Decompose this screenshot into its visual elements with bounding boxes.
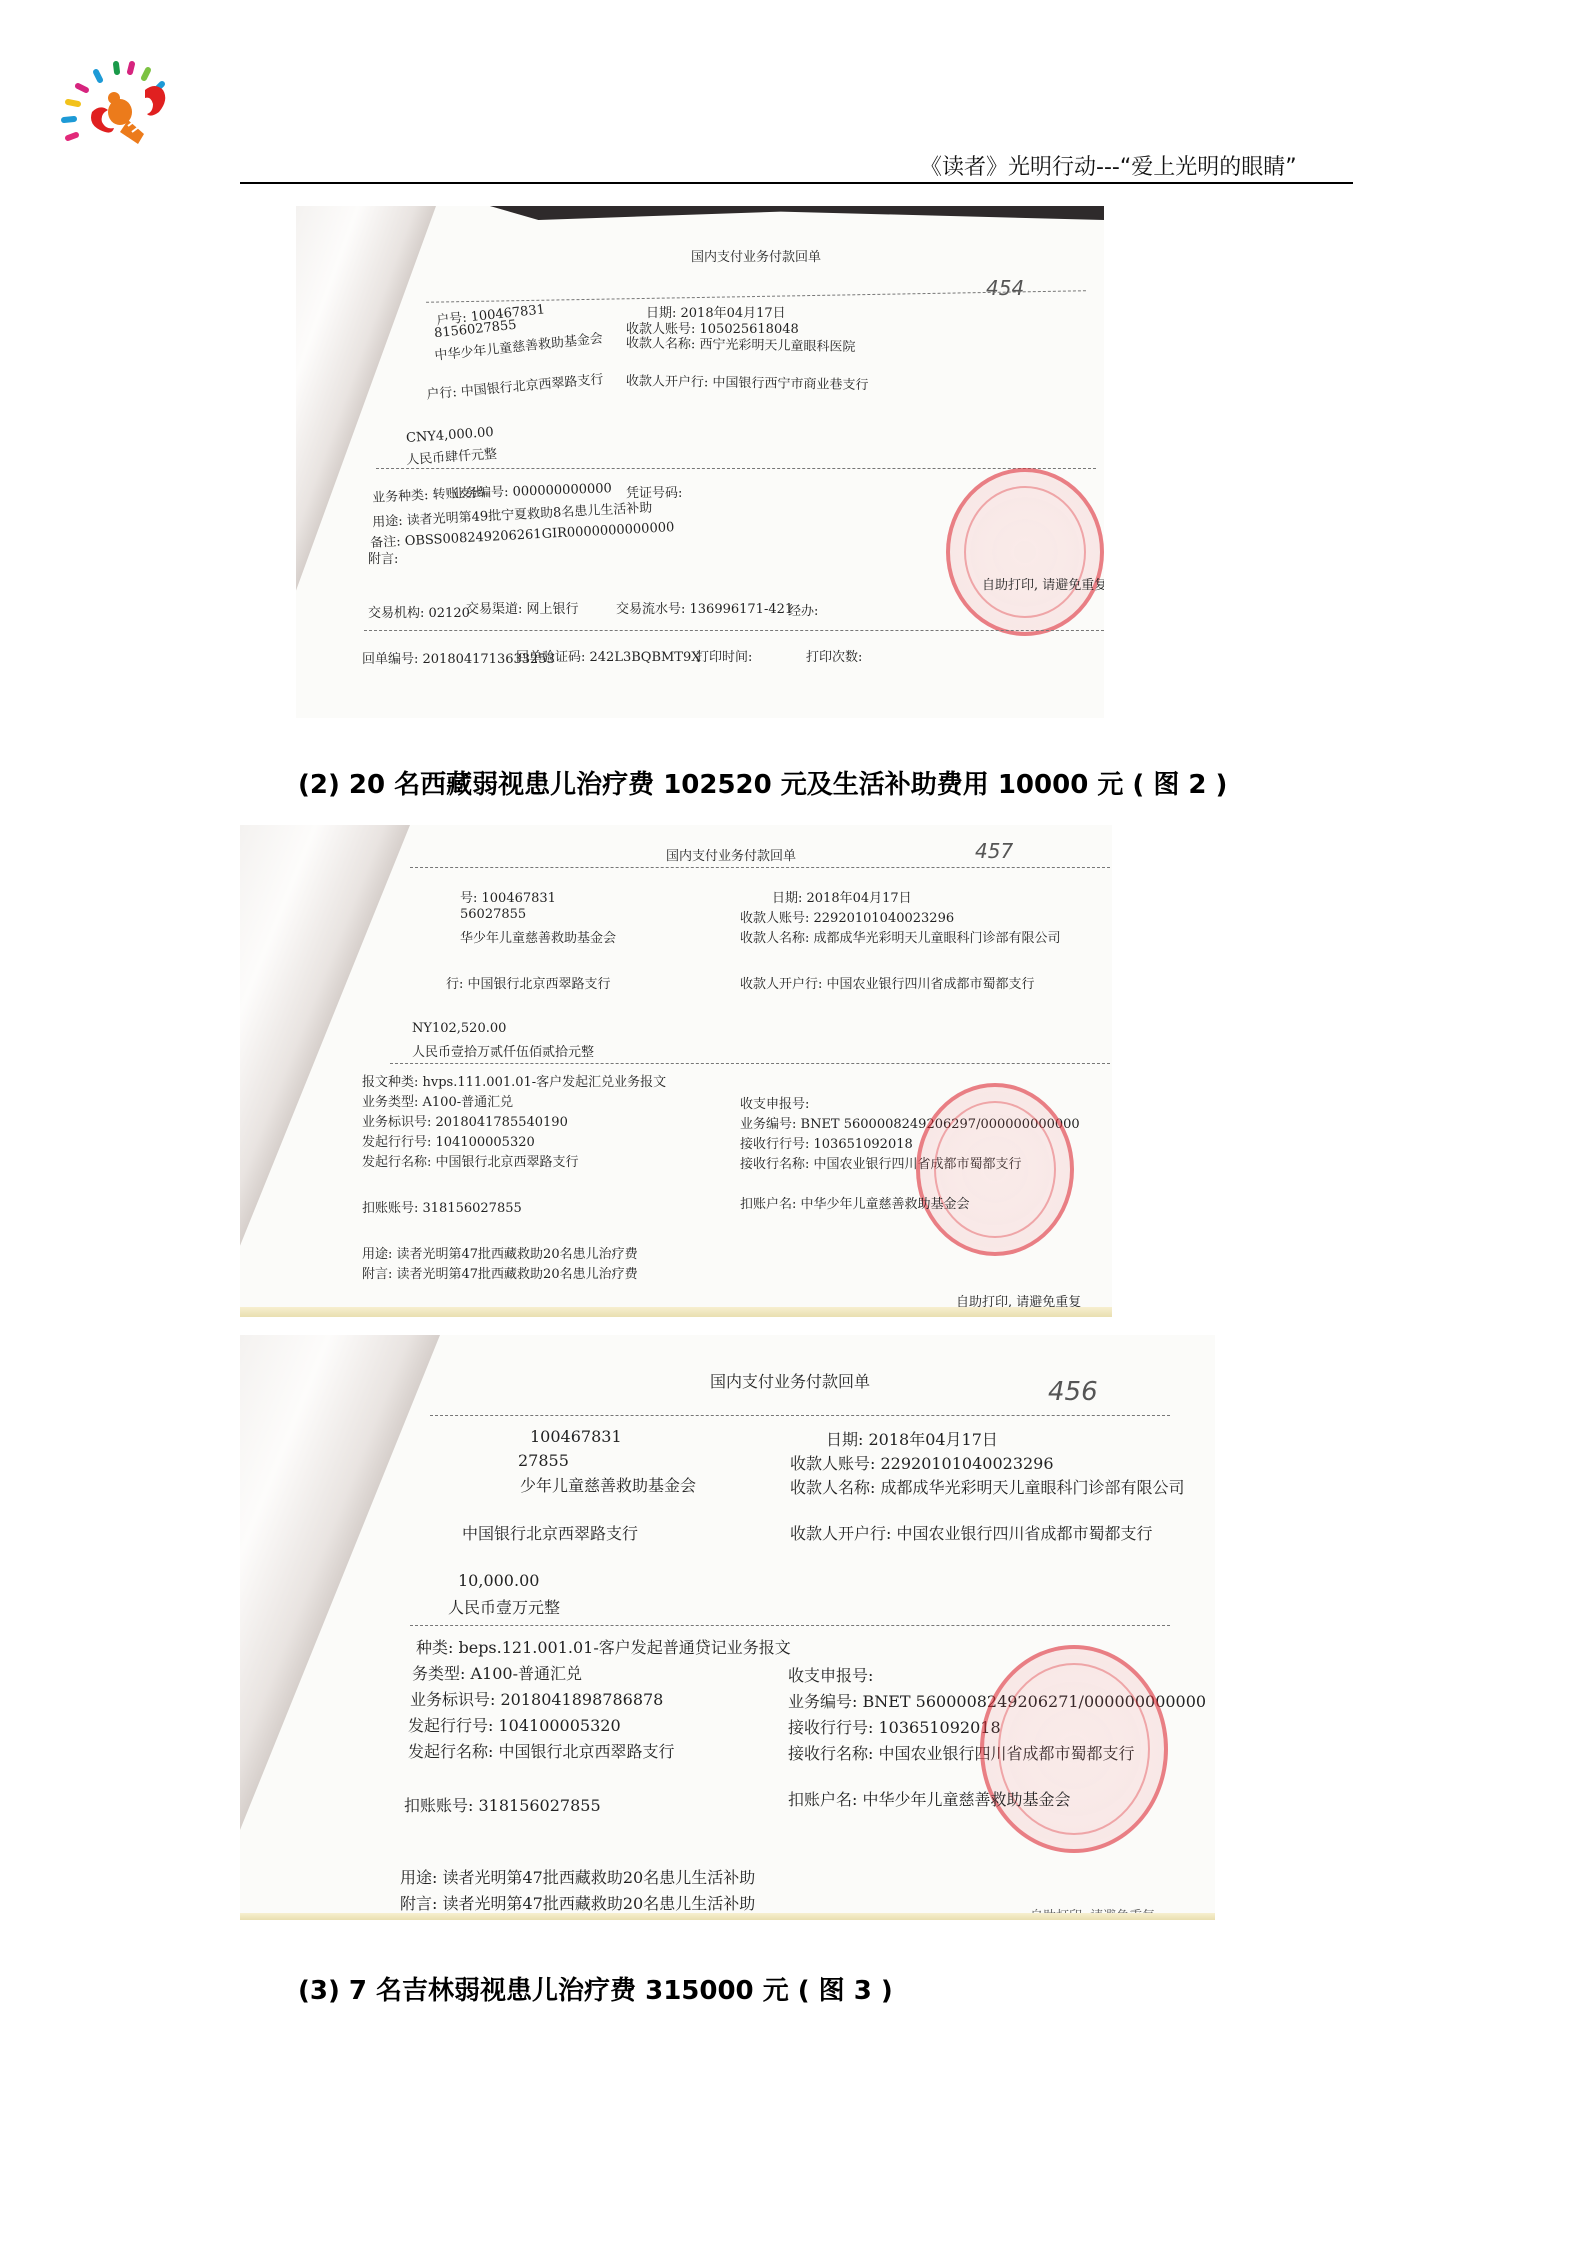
message-type: 报文种类: hvps.111.001.01-客户发起汇兑业务报文	[362, 1071, 666, 1090]
handler: 经办:	[788, 600, 818, 619]
verify-code: 回单验证码: 242L3BQBMT9X	[516, 646, 701, 665]
date: 日期: 2018年04月17日	[772, 887, 912, 906]
channel: 交易渠道: 网上银行	[466, 598, 579, 617]
bank-seal	[916, 1083, 1074, 1256]
payer-bank: 中国银行北京西翠路支行	[462, 1521, 638, 1544]
payer-name: 少年儿童慈善救助基金会	[520, 1473, 696, 1496]
debit-account: 扣账账号: 318156027855	[362, 1197, 522, 1216]
caption-item-2: (2) 20 名西藏弱视患儿治疗费 102520 元及生活补助费用 10000 …	[298, 764, 1227, 801]
business-id: 业务标识号: 2018041785540190	[362, 1111, 568, 1130]
origin-bank-name: 发起行名称: 中国银行北京西翠路支行	[408, 1739, 674, 1762]
payee-account: 收款人账号: 22920101040023296	[790, 1451, 1054, 1474]
payee-name: 收款人名称: 成都成华光彩明天儿童眼科门诊部有限公司	[740, 927, 1061, 946]
purpose: 用途: 读者光明第47批西藏救助20名患儿治疗费	[362, 1243, 638, 1262]
origin-bank-no: 发起行行号: 104100005320	[408, 1713, 621, 1736]
payee-name: 收款人名称: 西宁光彩明天儿童眼科医院	[626, 332, 856, 355]
amount-words: 人民币壹万元整	[448, 1595, 560, 1618]
amount-words: 人民币肆仟元整	[405, 443, 497, 468]
print-time: 打印时间:	[696, 646, 752, 665]
business-type: 业务类型: A100-普通汇兑	[362, 1091, 513, 1110]
serial-no: 交易流水号: 136996171-421	[616, 598, 793, 617]
payee-bank: 收款人开户行: 中国农业银行四川省成都市蜀都支行	[740, 973, 1035, 992]
amount: NY102,520.00	[412, 1021, 506, 1036]
amount: 10,000.00	[458, 1571, 539, 1590]
origin-bank-no: 发起行行号: 104100005320	[362, 1131, 535, 1150]
postscript: 附言: 读者光明第47批西藏救助20名患儿治疗费	[362, 1263, 638, 1282]
message-type: 种类: beps.121.001.01-客户发起普通贷记业务报文	[416, 1635, 791, 1658]
payer-account-no: 100467831	[530, 1427, 622, 1446]
purpose: 用途: 读者光明第47批西藏救助20名患儿生活补助	[400, 1865, 755, 1888]
print-count: 打印次数:	[806, 646, 862, 665]
amount-words: 人民币壹拾万贰仟伍佰贰拾元整	[412, 1041, 594, 1060]
receipt-photo-2: 国内支付业务付款回单 457 号: 100467831 56027855 华少年…	[240, 825, 1112, 1317]
payer-name: 华少年儿童慈善救助基金会	[460, 927, 616, 946]
business-id: 业务标识号: 2018041898786878	[410, 1687, 663, 1710]
debit-account: 扣账账号: 318156027855	[404, 1793, 601, 1816]
postscript: 附言:	[368, 548, 398, 567]
recv-bank-no: 接收行行号: 103651092018	[788, 1715, 1001, 1738]
origin-bank-name: 发起行名称: 中国银行北京西翠路支行	[362, 1151, 579, 1170]
bank-seal	[946, 468, 1104, 636]
caption-item-3: (3) 7 名吉林弱视患儿治疗费 315000 元 ( 图 3 )	[298, 1970, 893, 2007]
payee-bank: 收款人开户行: 中国银行西宁市商业巷支行	[626, 370, 869, 393]
self-print-note: 自助打印, 请避免重复	[982, 574, 1104, 593]
payer-bank: 行: 中国银行北京西翠路支行	[446, 973, 611, 992]
handwritten-number: 454	[986, 276, 1024, 300]
receipt-photo-1: 国内支付业务付款回单 454 户号: 100467831 8156027855 …	[296, 206, 1104, 718]
debit-name: 扣账户名: 中华少年儿童慈善救助基金会	[740, 1193, 970, 1212]
institution: 交易机构: 02120	[368, 602, 470, 621]
payer-bank: 户行: 中国银行北京西翠路支行	[426, 368, 604, 402]
bee-heart-logo-icon	[50, 50, 200, 170]
header-title: 《读者》光明行动---“爱上光明的眼睛”	[920, 150, 1297, 181]
handwritten-number: 456	[1048, 1377, 1098, 1407]
payer-account-no: 号: 100467831	[460, 887, 556, 906]
payer-account: 27855	[518, 1451, 569, 1470]
receipt-photo-3: 国内支付业务付款回单 456 100467831 27855 少年儿童慈善救助基…	[240, 1335, 1215, 1920]
payee-name: 收款人名称: 成都成华光彩明天儿童眼科门诊部有限公司	[790, 1475, 1184, 1498]
recv-bank-no: 接收行行号: 103651092018	[740, 1133, 913, 1152]
debit-name: 扣账户名: 中华少年儿童慈善救助基金会	[788, 1787, 1070, 1810]
receipt-title: 国内支付业务付款回单	[666, 845, 796, 864]
receipt-title: 国内支付业务付款回单	[691, 246, 821, 265]
declare-no: 收支申报号:	[740, 1093, 809, 1112]
bank-seal	[980, 1645, 1168, 1853]
payee-bank: 收款人开户行: 中国农业银行四川省成都市蜀都支行	[790, 1521, 1152, 1544]
handwritten-number: 457	[975, 839, 1013, 863]
postscript: 附言: 读者光明第47批西藏救助20名患儿生活补助	[400, 1891, 755, 1914]
business-type: 务类型: A100-普通汇兑	[412, 1661, 582, 1684]
payer-account: 56027855	[460, 907, 526, 922]
header-divider	[240, 182, 1353, 184]
logo	[50, 50, 200, 170]
receipt-title: 国内支付业务付款回单	[710, 1369, 870, 1392]
declare-no: 收支申报号:	[788, 1663, 873, 1686]
date: 日期: 2018年04月17日	[826, 1427, 998, 1450]
payee-account: 收款人账号: 22920101040023296	[740, 907, 954, 926]
